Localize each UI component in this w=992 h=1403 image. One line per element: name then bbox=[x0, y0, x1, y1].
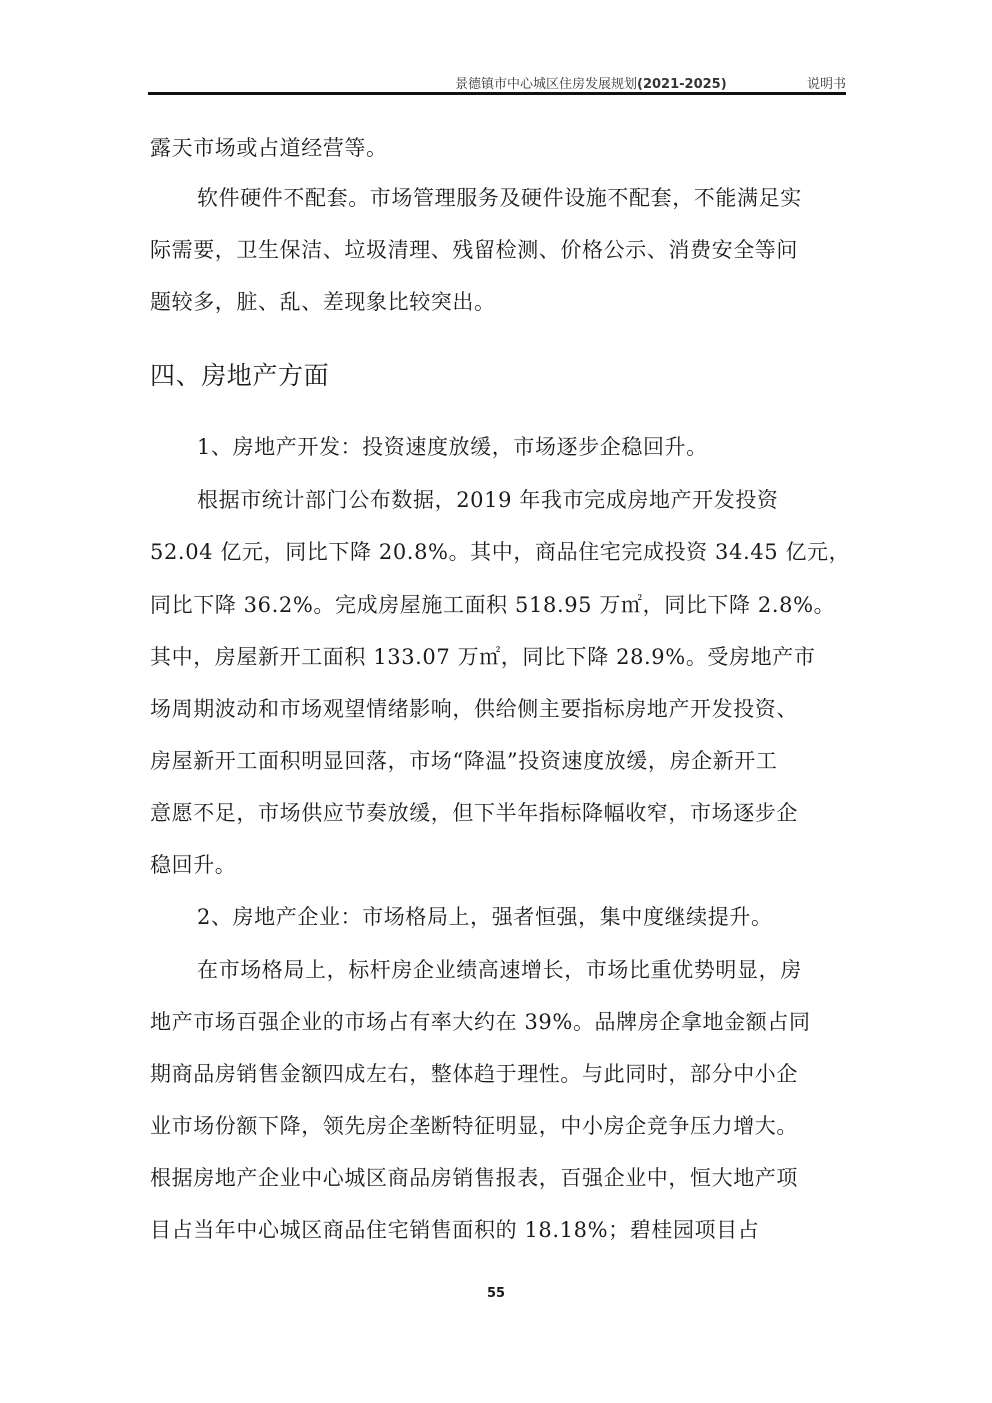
text-line: 题较多，脏、乱、差现象比较突出。 bbox=[150, 287, 496, 317]
text-line: 期商品房销售金额四成左右，整体趋于理性。与此同时，部分中小企 bbox=[150, 1059, 798, 1089]
paragraph-line: 在市场格局上，标杆房企业绩高速增长，市场比重优势明显，房 bbox=[197, 955, 802, 985]
page-number: 55 bbox=[0, 1286, 992, 1301]
page-header: 景德镇市中心城区住房发展规划(2021-2025) 说明书 bbox=[148, 73, 846, 93]
header-title: 景德镇市中心城区住房发展规划(2021-2025) bbox=[455, 73, 727, 92]
text-line: 地产市场百强企业的市场占有率大约在 39%。品牌房企拿地金额占同 bbox=[150, 1007, 811, 1037]
header-doc-type: 说明书 bbox=[807, 73, 846, 92]
subheading: 1、房地产开发：投资速度放缓，市场逐步企稳回升。 bbox=[197, 432, 708, 462]
section-heading: 四、房地产方面 bbox=[150, 361, 329, 391]
text-line: 房屋新开工面积明显回落，市场“降温”投资速度放缓，房企新开工 bbox=[150, 746, 777, 776]
text-line: 场周期波动和市场观望情绪影响，供给侧主要指标房地产开发投资、 bbox=[150, 694, 798, 724]
header-title-years: (2021-2025) bbox=[637, 77, 727, 92]
text-line: 同比下降 36.2%。完成房屋施工面积 518.95 万㎡，同比下降 2.8%。 bbox=[150, 590, 835, 620]
header-title-text: 景德镇市中心城区住房发展规划 bbox=[455, 77, 637, 92]
text-line: 其中，房屋新开工面积 133.07 万㎡，同比下降 28.9%。受房地产市 bbox=[150, 642, 815, 672]
text-line: 稳回升。 bbox=[150, 850, 236, 880]
paragraph-line: 软件硬件不配套。市场管理服务及硬件设施不配套，不能满足实 bbox=[197, 183, 802, 213]
text-line: 露天市场或占道经营等。 bbox=[150, 133, 388, 163]
text-line: 业市场份额下降，领先房企垄断特征明显，中小房企竞争压力增大。 bbox=[150, 1111, 798, 1141]
text-line: 目占当年中心城区商品住宅销售面积的 18.18%；碧桂园项目占 bbox=[150, 1215, 759, 1245]
header-rule bbox=[148, 92, 846, 95]
text-line: 52.04 亿元，同比下降 20.8%。其中，商品住宅完成投资 34.45 亿元… bbox=[150, 537, 850, 567]
paragraph-line: 根据市统计部门公布数据，2019 年我市完成房地产开发投资 bbox=[197, 485, 779, 515]
text-line: 意愿不足，市场供应节奏放缓，但下半年指标降幅收窄，市场逐步企 bbox=[150, 798, 798, 828]
text-line: 根据房地产企业中心城区商品房销售报表，百强企业中，恒大地产项 bbox=[150, 1163, 798, 1193]
text-line: 际需要，卫生保洁、垃圾清理、残留检测、价格公示、消费安全等问 bbox=[150, 235, 798, 265]
subheading: 2、房地产企业：市场格局上，强者恒强，集中度继续提升。 bbox=[197, 902, 773, 932]
